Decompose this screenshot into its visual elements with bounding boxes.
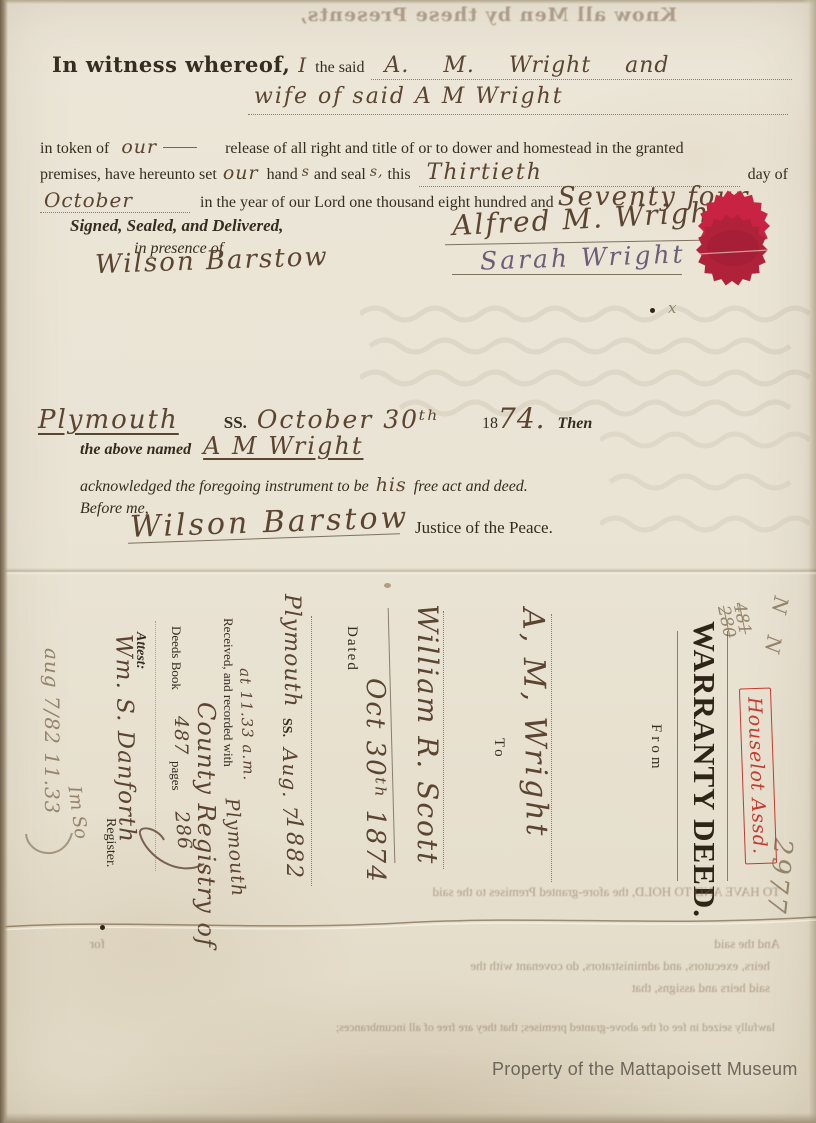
above-named-handwritten: A M Wright (203, 432, 363, 461)
pencil-flourish (18, 828, 78, 868)
register-signature: Wm. S. Danforth (110, 634, 140, 843)
witness-signature: Wilson Barstow (95, 242, 330, 280)
pronoun-text: I (298, 53, 307, 77)
premises-prefix-label: premises, have hereunto set (40, 165, 217, 184)
pencil-check-marks: N N (759, 594, 794, 663)
ack-year-handwritten: 74. (498, 402, 546, 436)
bleedthrough-line-2: And the said (420, 936, 780, 952)
reg-county-handwritten: Plymouth (279, 594, 304, 708)
book-fill-rule (155, 621, 156, 871)
paper-edge-bottom (0, 1113, 816, 1123)
dated-value-handwritten: Oct 30ᵗʰ 1874 (360, 678, 390, 884)
received-place-handwritten: Plymouth (221, 797, 250, 897)
wife-line-handwritten: wife of said A M Wright (248, 84, 564, 109)
deed-document-page: Know all Men by these Presents, In witne… (0, 0, 816, 1123)
signature-rule-2 (452, 274, 682, 275)
token-prefix-label: in token of (40, 139, 109, 158)
bleedthrough-header: Know all Men by these Presents, (180, 4, 796, 26)
and-seal-label: and seal (314, 165, 366, 184)
hand-word-label: hand (267, 165, 298, 184)
reg-year-handwritten: 1882 (281, 816, 306, 880)
witness-lead-text: In witness whereof, (52, 52, 290, 77)
token-value-handwritten: our (121, 136, 157, 159)
month-value-handwritten: October (40, 188, 133, 212)
to-label: To (490, 738, 507, 760)
registry-flourish (133, 826, 208, 876)
wax-seal (694, 190, 774, 290)
title-rule-top (727, 631, 728, 881)
bleedthrough-line-4: said heirs and assigns, that (40, 980, 770, 996)
houselot-stamp: Houselot Assd. (739, 687, 777, 864)
bleedthrough-line-5: lawfully seized in fee of the above-gran… (175, 1020, 775, 1035)
bleedthrough-line-3: heirs, executors, and administrators, do… (150, 958, 770, 974)
the-said-label: the said (315, 58, 364, 77)
docket-title: WARRANTY DEED. (686, 621, 722, 885)
museum-watermark: Property of the Mattapoisett Museum (492, 1059, 798, 1080)
justice-title-label: Justice of the Peace. (415, 518, 553, 538)
docket-grantee-handwritten: William R. Scott (411, 604, 444, 865)
docket-grantor-handwritten: A, M, Wright (515, 608, 554, 839)
bleedthrough-script-texture-2 (600, 424, 810, 564)
ack-date-handwritten: October 30ᵗʰ (257, 405, 440, 435)
ss-label: SS. (224, 413, 247, 433)
this-word-label: this (388, 165, 411, 184)
deeds-book-label: Deeds Book (168, 626, 184, 690)
bleedthrough-line-2b: for (45, 936, 105, 952)
pages-label: pages (168, 761, 184, 791)
set-value-handwritten: our (223, 162, 259, 185)
register-label: Register. (102, 818, 118, 867)
received-label: Received, and recorded with (220, 618, 236, 767)
then-word-label: Then (558, 414, 593, 433)
reg-date-handwritten: Aug. 7 (278, 748, 302, 820)
ack-text-a: acknowledged the foregoing instrument to… (80, 477, 369, 496)
day-value-handwritten: Thirtieth (419, 160, 543, 185)
from-label: From (647, 724, 664, 773)
reg-time-handwritten: at 11.33 a.m. (236, 668, 258, 782)
dated-fill-rule (311, 616, 312, 886)
plural-s-seal: s, (370, 164, 384, 181)
reg-ss-label: SS. (278, 718, 294, 737)
release-clause-text: release of all right and title of or to … (225, 139, 684, 158)
pencil-filing-note: aug 7/82 11.33 (40, 648, 64, 815)
houselot-stamp-text: Houselot Assd. (743, 697, 770, 856)
his-word-handwritten: his (376, 474, 407, 497)
docket-panel: N N 481 280 2977 Houselot Assd. WARRANTY… (8, 576, 800, 921)
ack-text-b: free act and deed. (414, 477, 528, 496)
above-named-label: the above named (80, 440, 191, 459)
ink-spot (100, 925, 105, 930)
page-number-handwritten: 286 (170, 810, 195, 851)
year-printed-label: 18 (482, 414, 498, 433)
dated-label: Dated (343, 626, 360, 672)
signed-sealed-label: Signed, Sealed, and Delivered, (70, 216, 283, 236)
stain-spot (384, 583, 391, 588)
fold-crease-1 (0, 568, 816, 575)
pen-stroke (163, 147, 197, 148)
book-number-handwritten: 487 (170, 716, 192, 755)
bleedthrough-line-1: TO HAVE AND TO HOLD, the afore-granted P… (40, 884, 780, 900)
grantor-name-handwritten: A. M. Wright and (371, 53, 670, 78)
paper-edge-left (0, 0, 8, 1123)
day-of-label: day of (748, 165, 788, 184)
grantor2-signature: Sarah Wright (480, 239, 686, 275)
title-rule-bottom (677, 631, 678, 881)
plural-s-hand: s (302, 164, 310, 181)
